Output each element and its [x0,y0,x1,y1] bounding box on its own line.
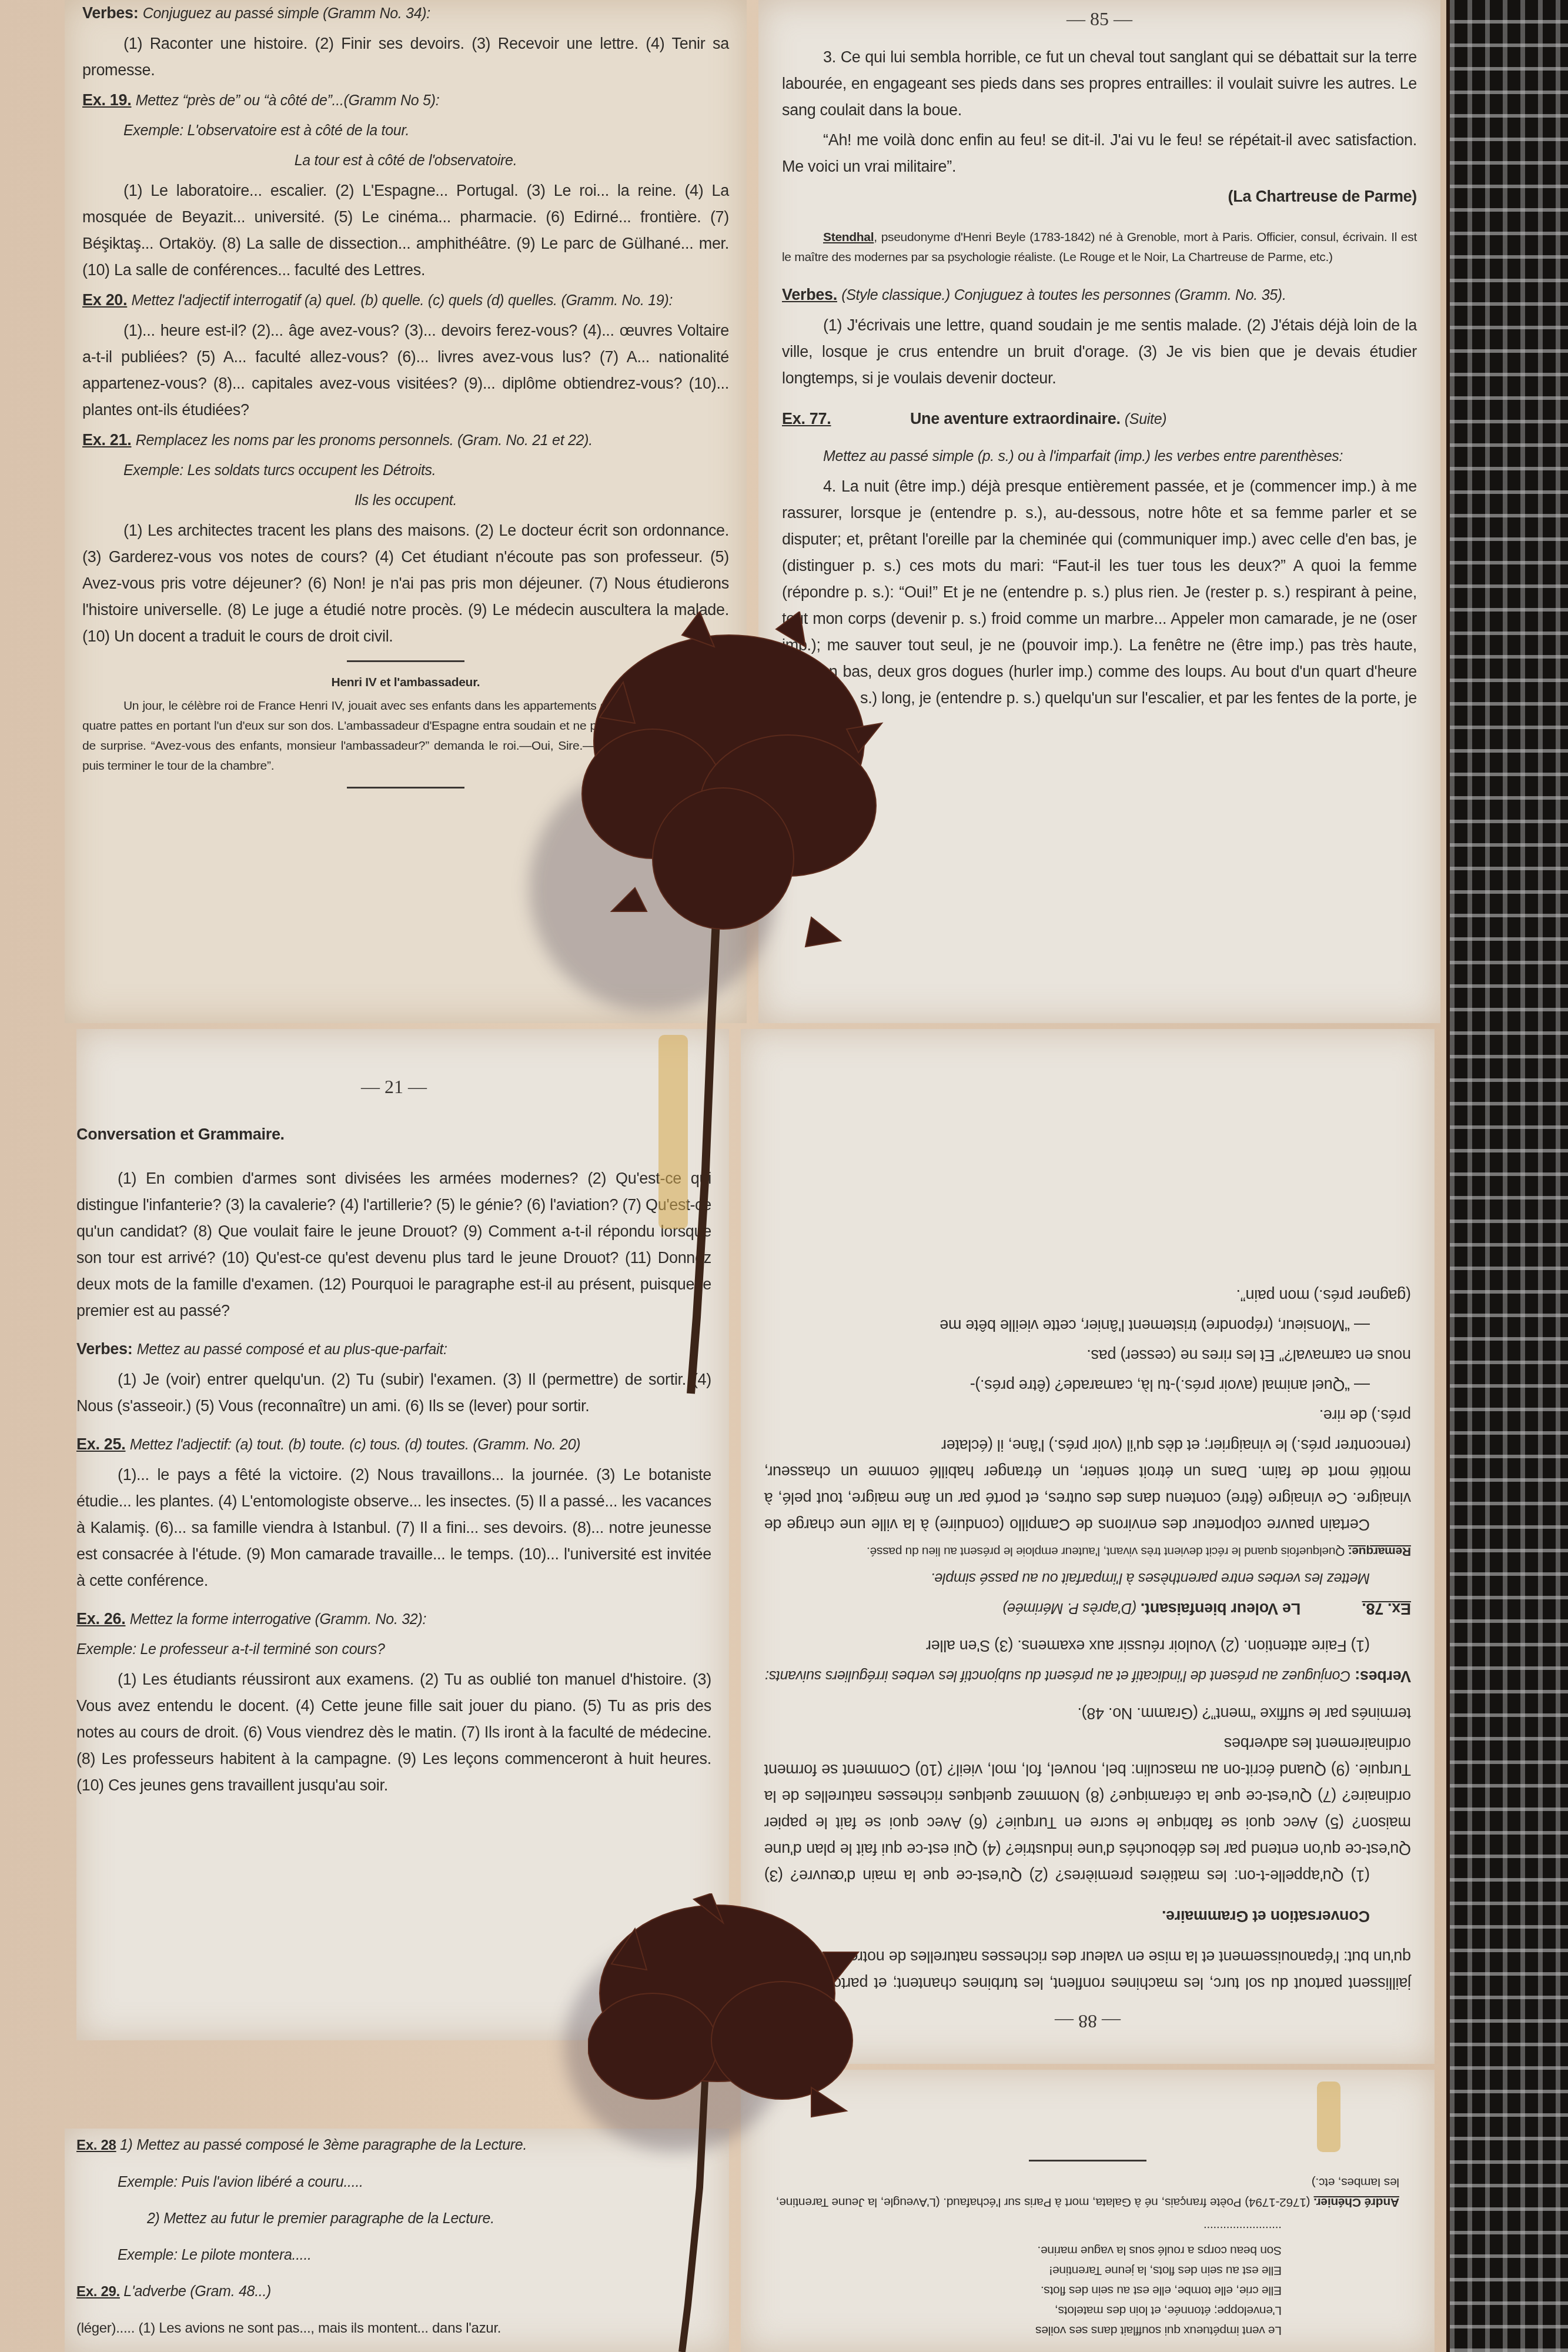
author-bio: Stendhal, pseudonyme d'Henri Beyle (1783… [782,228,1417,268]
verbes-items: (1) Raconter une histoire. (2) Finir ses… [82,31,729,83]
story-end: prés.) de rire. [764,1402,1411,1428]
paragraph-3: 3. Ce qui lui sembla horrible, ce fut un… [782,44,1417,123]
ex77-instructions: Mettez au passé simple (p. s.) ou à l'im… [782,443,1417,470]
ex20-items: (1)... heure est-il? (2)... âge avez-vou… [82,318,729,423]
questions-end: terminés par le suffixe “ment”? (Gramm. … [764,1700,1411,1726]
remarque: Remarque: Quelquefois quand le récit dev… [764,1541,1411,1561]
ex77-heading: Ex. 77. Une aventure extraordinaire. (Su… [782,406,1417,433]
ex19-example-2: La tour est à côté de l'observatoire. [82,148,729,174]
verbes-heading: Verbes. (Style classique.) Conjuguez à t… [782,282,1417,309]
ex19-example-1: Exemple: L'observatoire est à côté de la… [82,118,729,144]
verbes-items: (1) Faire attention. (2) Vouloir réussir… [764,1632,1411,1659]
verbes-block: Verbes: Conjuguez au passé simple (Gramm… [82,0,729,27]
divider [1029,2160,1146,2161]
ex19-heading: Ex. 19. Mettez “près de” ou “à côté de”.… [82,87,729,114]
verbes-heading: Verbes: Conjuguez au présent de l'indica… [764,1662,1411,1689]
divider [347,660,464,662]
ex26-items: (1) Les étudiants réussiront aux examens… [76,1666,711,1799]
ex25-items: (1)... le pays a fêté la victoire. (2) N… [76,1462,711,1594]
story: Certain pauvre colporteur des environs d… [764,1432,1411,1538]
divider [347,787,464,789]
ex78-heading: Ex. 78. Le Voleur bienfaisant. (D'après … [764,1595,1411,1622]
paragraph-quote: “Ah! me voilà donc enfin au feu! se dit-… [782,127,1417,180]
page-number: — 85 — [782,8,1417,30]
ex26-example: Exemple: Le professeur a-t-il terminé so… [76,1636,711,1663]
ex21-example-2: Ils les occupent. [82,487,729,514]
verbes-items: (1) J'écrivais une lettre, quand soudain… [782,312,1417,392]
ex21-heading: Ex. 21. Remplacez les noms par les prono… [82,427,729,454]
ex21-example-1: Exemple: Les soldats turcs occupent les … [82,457,729,484]
ex20-heading: Ex 20. Mettez l'adjectif interrogatif (a… [82,287,729,314]
ex19-items: (1) Le laboratoire... escalier. (2) L'Es… [82,178,729,283]
wire-mesh-background [1446,0,1568,2352]
questions: (1) Qu'appelle-t-on: les matières premiè… [764,1730,1411,1889]
ex78-instructions: Mettez les verbes entre parenthèses à l'… [764,1565,1411,1591]
pressed-flower-top [564,612,894,1399]
ex26-heading: Ex. 26. Mettez la forme interrogative (G… [76,1606,711,1633]
ex25-heading: Ex. 25. Mettez l'adjectif: (a) tout. (b)… [76,1431,711,1458]
pressed-flower-bottom [588,1893,870,2352]
source-citation: (La Chartreuse de Parme) [782,183,1417,210]
glue-stain [1317,2082,1340,2152]
